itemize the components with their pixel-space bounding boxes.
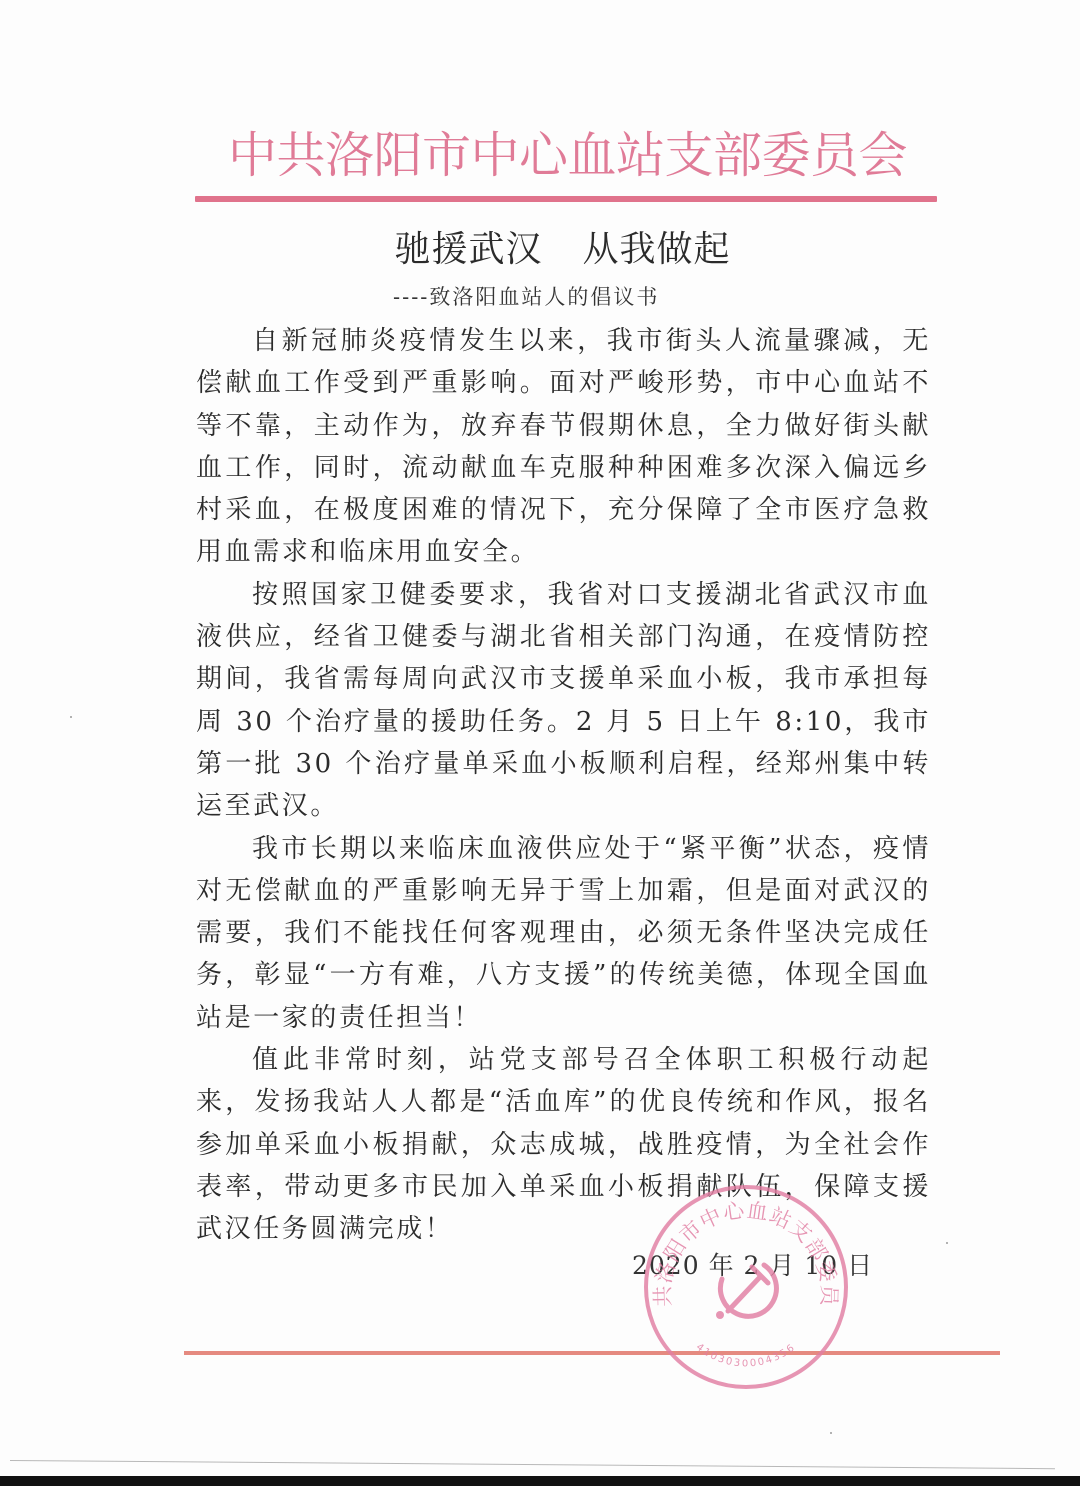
document-title: 驰援武汉从我做起 — [190, 222, 935, 278]
scan-speck — [830, 1432, 832, 1434]
paragraph-2: 按照国家卫健委要求，我省对口支援湖北省武汉市血液供应，经省卫健委与湖北省相关部门… — [196, 574, 931, 828]
hammer-sickle-icon — [716, 1265, 776, 1319]
red-header-rule — [195, 196, 937, 202]
scan-bottom-border — [0, 1476, 1080, 1486]
scan-speck — [946, 1242, 948, 1244]
red-footer-rule — [184, 1351, 1000, 1355]
paragraph-3: 我市长期以来临床血液供应处于“紧平衡”状态，疫情对无偿献血的严重影响无异于雪上加… — [196, 828, 931, 1039]
title-part-1: 驰援武汉 — [394, 229, 542, 270]
paragraph-1: 自新冠肺炎疫情发生以来，我市街头人流量骤减，无偿献血工作受到严重影响。面对严峻形… — [196, 320, 931, 574]
title-part-2: 从我做起 — [583, 229, 731, 270]
official-seal-stamp: 中共洛阳市中心血站支部委员会 4103030004356 — [642, 1183, 850, 1391]
scanned-page: 中共洛阳市中心血站支部委员会 驰援武汉从我做起 ----致洛阳血站人的倡议书 自… — [0, 0, 1080, 1476]
letter-body: 自新冠肺炎疫情发生以来，我市街头人流量骤减，无偿献血工作受到严重影响。面对严峻形… — [196, 320, 931, 1251]
scan-speck — [70, 716, 72, 718]
seal-serial-number: 4103030004356 — [694, 1342, 798, 1370]
seal-arc-text: 中共洛阳市中心血站支部委员会 — [642, 1183, 841, 1308]
organization-header: 中共洛阳市中心血站支部委员会 — [195, 118, 940, 194]
document-subtitle: ----致洛阳血站人的倡议书 — [393, 280, 659, 314]
